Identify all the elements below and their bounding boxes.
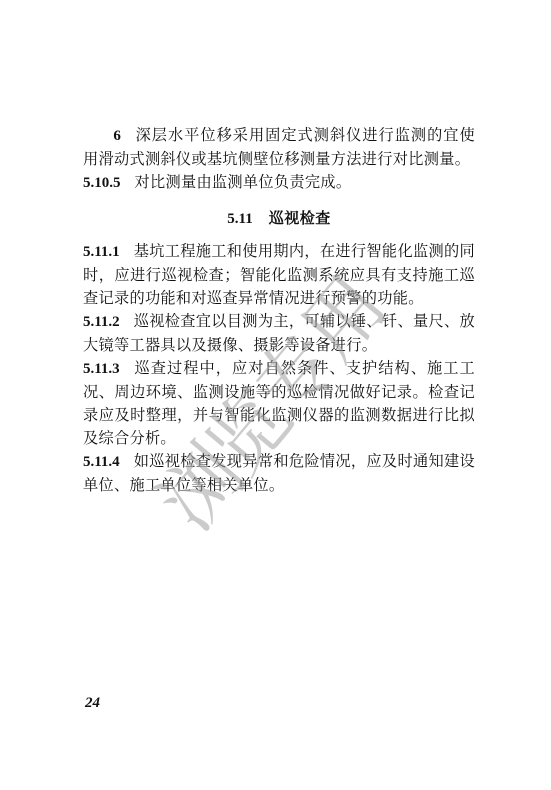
paragraph-text: 深层水平位移采用固定式测斜仪进行监测的宜使用滑动式测斜仪或基坑侧壁位移测量方法进… [83,126,475,168]
clause-number: 5.11.2 [83,314,120,330]
section-heading: 5.11巡视检查 [83,207,475,231]
clause-number: 5.10.5 [83,175,121,191]
clause-5-11-4: 5.11.4如巡视检查发现异常和危险情况，应及时通知建设单位、施工单位等相关单位… [83,450,475,497]
item-number: 6 [113,128,121,144]
page-content: 6深层水平位移采用固定式测斜仪进行监测的宜使用滑动式测斜仪或基坑侧壁位移测量方法… [83,124,475,497]
clause-text: 巡视检查宜以目测为主，可辅以锤、钎、量尺、放大镜等工器具以及摄像、摄影等设备进行… [83,312,475,354]
clause-text: 对比测量由监测单位负责完成。 [135,173,352,191]
clause-5-11-3: 5.11.3巡查过程中，应对自然条件、支护结构、施工工况、周边环境、监测设施等的… [83,357,475,450]
page-number: 24 [85,695,100,712]
clause-5-11-1: 5.11.1基坑工程施工和使用期内，在进行智能化监测的同时，应进行巡视检查；智能… [83,240,475,310]
clause-text: 基坑工程施工和使用期内，在进行智能化监测的同时，应进行巡视检查；智能化监测系统应… [83,242,475,307]
document-page: 6深层水平位移采用固定式测斜仪进行监测的宜使用滑动式测斜仪或基坑侧壁位移测量方法… [0,0,551,790]
paragraph-item-6: 6深层水平位移采用固定式测斜仪进行监测的宜使用滑动式测斜仪或基坑侧壁位移测量方法… [83,124,475,171]
section-title: 巡视检查 [269,209,331,227]
clause-number: 5.11.3 [83,361,120,377]
clause-text: 如巡视检查发现异常和危险情况，应及时通知建设单位、施工单位等相关单位。 [83,452,475,494]
clause-text: 巡查过程中，应对自然条件、支护结构、施工工况、周边环境、监测设施等的巡检情况做好… [83,359,475,447]
clause-5-10-5: 5.10.5对比测量由监测单位负责完成。 [83,171,475,195]
clause-5-11-2: 5.11.2巡视检查宜以目测为主，可辅以锤、钎、量尺、放大镜等工器具以及摄像、摄… [83,310,475,357]
clause-number: 5.11.4 [83,454,120,470]
section-number: 5.11 [227,211,252,227]
clause-number: 5.11.1 [83,244,120,260]
